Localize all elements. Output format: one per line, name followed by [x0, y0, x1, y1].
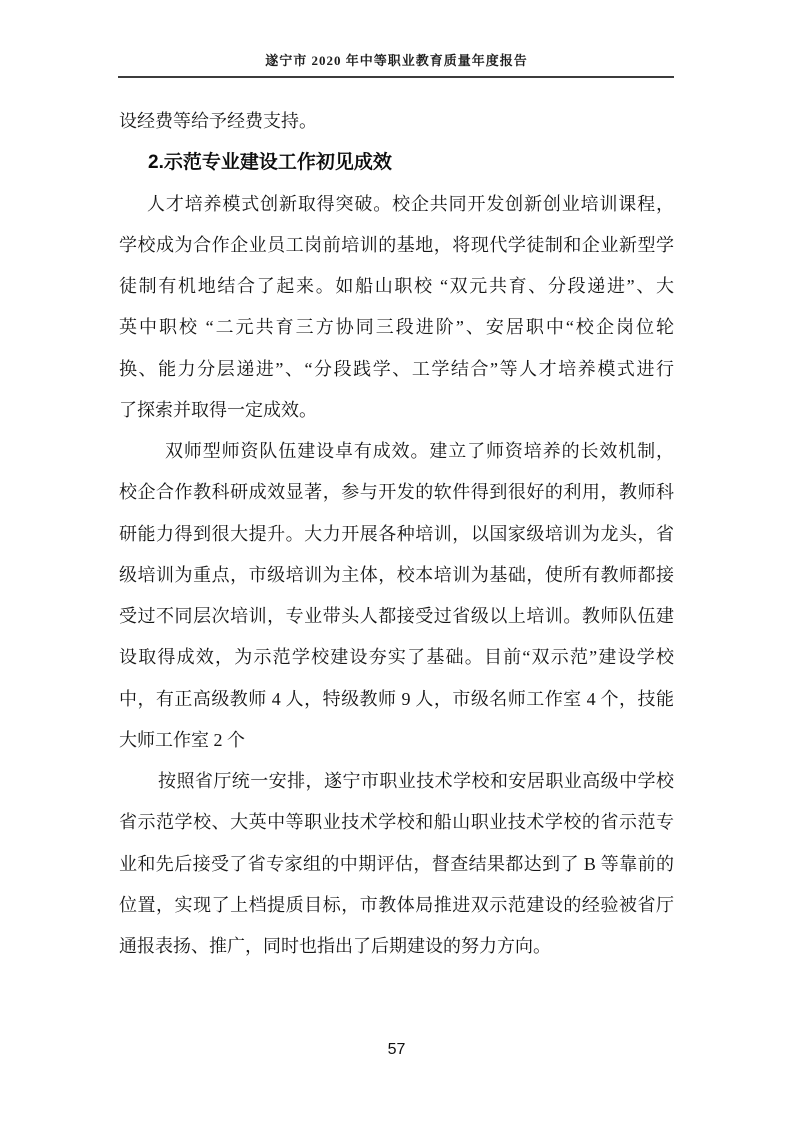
text-line: 省示范学校、大英中等职业技术学校和船山职业技术学校的省示范专: [119, 802, 674, 843]
page-footer: 57: [0, 1041, 793, 1059]
text-line: 按照省厅统一安排，遂宁市职业技术学校和安居职业高级中学校: [119, 761, 674, 802]
text-line: 研能力得到很大提升。大力开展各种培训，以国家级培训为龙头，省: [119, 514, 674, 555]
text-line: 学校成为合作企业员工岗前培训的基地，将现代学徒制和企业新型学: [119, 225, 674, 266]
text-line: 了探索并取得一定成效。: [119, 390, 674, 431]
text-line: 大师工作室 2 个: [119, 720, 674, 761]
text-line: 英中职校 “二元共育三方协同三段进阶”、安居职中“校企岗位轮: [119, 307, 674, 348]
text-line: 设取得成效，为示范学校建设夯实了基础。目前“双示范”建设学校: [119, 637, 674, 678]
document-body: 设经费等给予经费支持。2.示范专业建设工作初见成效人才培养模式创新取得突破。校企…: [119, 101, 674, 967]
section-heading: 2.示范专业建设工作初见成效: [119, 142, 674, 183]
text-line: 设经费等给予经费支持。: [119, 101, 674, 142]
text-line: 换、能力分层递进”、“分段践学、工学结合”等人才培养模式进行: [119, 349, 674, 390]
page-header-title: 遂宁市 2020 年中等职业教育质量年度报告: [0, 50, 793, 69]
text-line: 徒制有机地结合了起来。如船山职校 “双元共育、分段递进”、大: [119, 266, 674, 307]
text-line: 位置，实现了上档提质目标，市教体局推进双示范建设的经验被省厅: [119, 885, 674, 926]
page-number: 57: [388, 1041, 406, 1058]
text-line: 受过不同层次培训，专业带头人都接受过省级以上培训。教师队伍建: [119, 596, 674, 637]
text-line: 中，有正高级教师 4 人，特级教师 9 人，市级名师工作室 4 个，技能: [119, 679, 674, 720]
text-line: 校企合作教科研成效显著，参与开发的软件得到很好的利用，教师科: [119, 472, 674, 513]
text-line: 通报表扬、推广，同时也指出了后期建设的努力方向。: [119, 926, 674, 967]
header-rule: [118, 76, 674, 78]
text-line: 双师型师资队伍建设卓有成效。建立了师资培养的长效机制，: [119, 431, 674, 472]
text-line: 业和先后接受了省专家组的中期评估，督查结果都达到了 B 等靠前的: [119, 844, 674, 885]
document-page: 遂宁市 2020 年中等职业教育质量年度报告 设经费等给予经费支持。2.示范专业…: [0, 0, 793, 1122]
text-line: 级培训为重点，市级培训为主体，校本培训为基础，使所有教师都接: [119, 555, 674, 596]
text-line: 人才培养模式创新取得突破。校企共同开发创新创业培训课程，: [119, 184, 674, 225]
